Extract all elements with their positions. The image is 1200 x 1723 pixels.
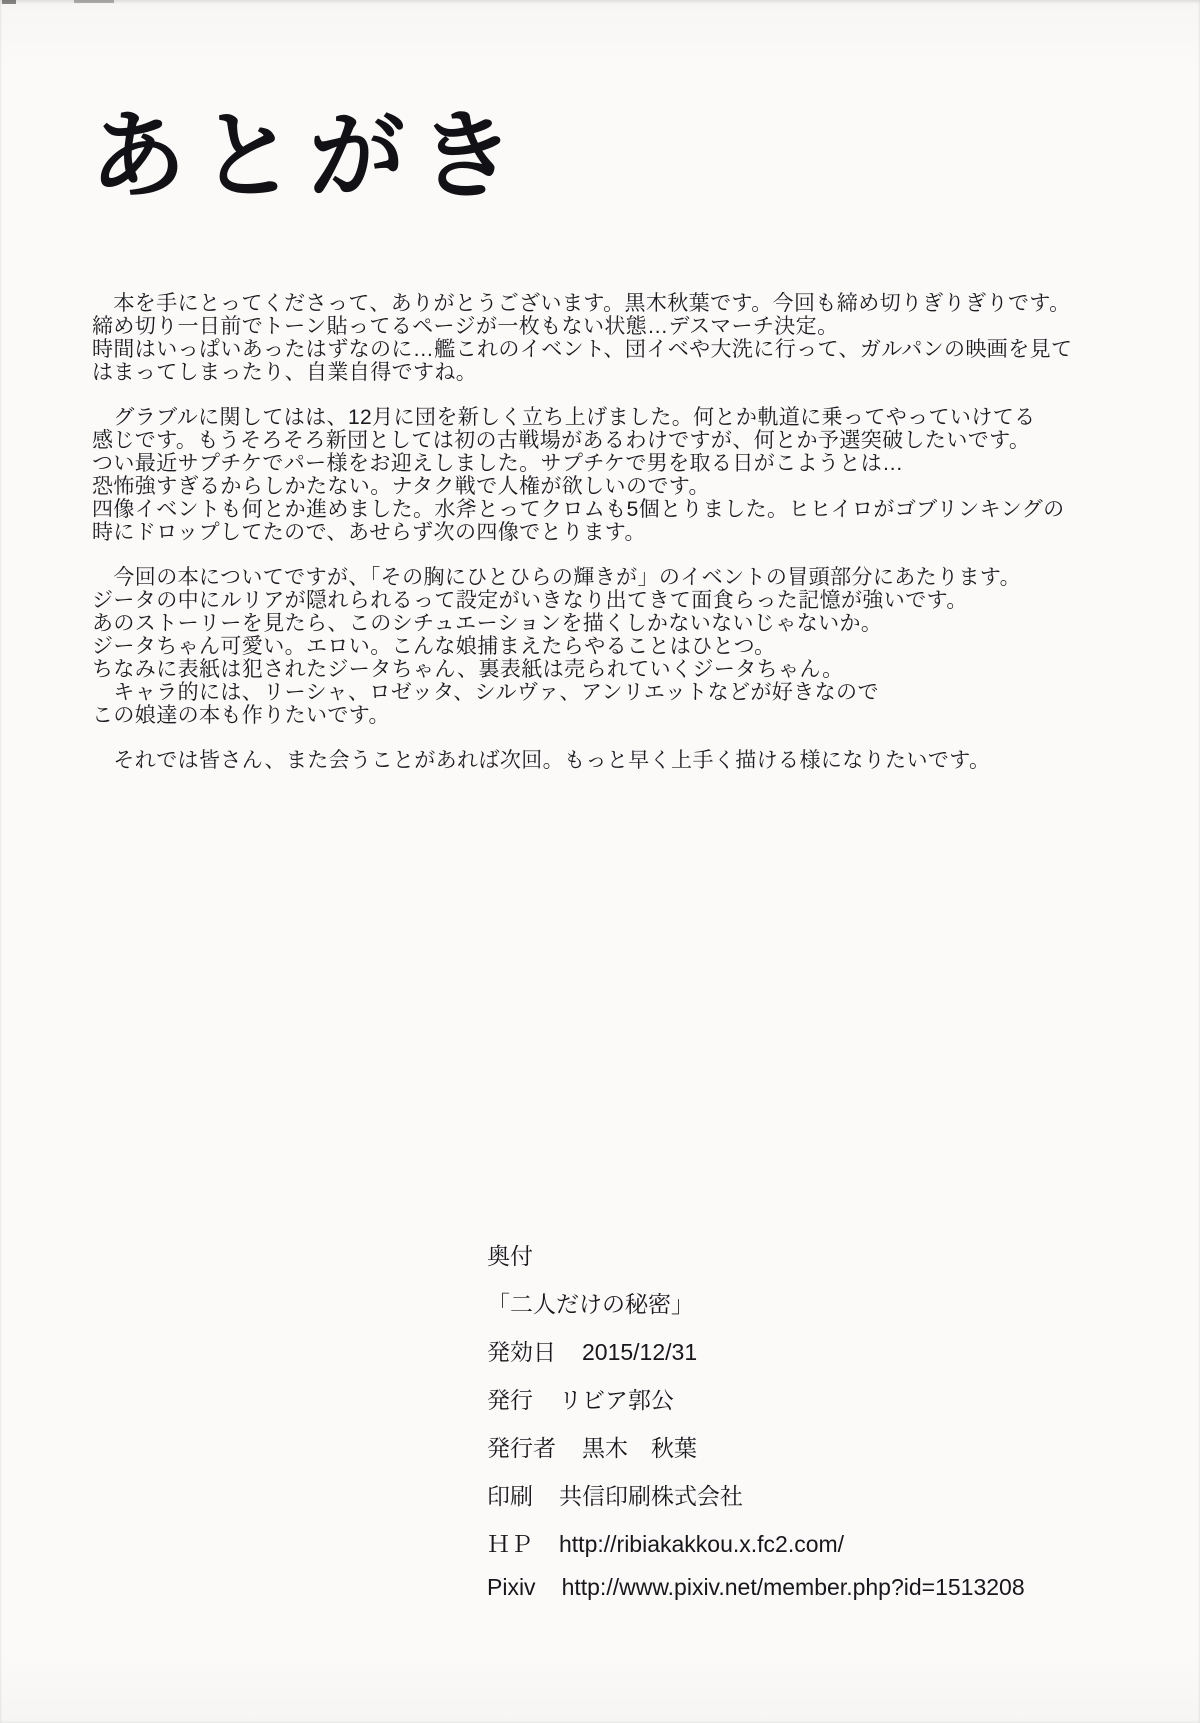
scan-speck [2,0,16,4]
colophon-issue-date-row: 発効日 2015/12/31 [487,1334,1025,1382]
homepage-url: http://ribiakakkou.x.fc2.com/ [559,1531,844,1558]
afterword-page: あとがき 本を手にとってくださって、ありがとうございます。黒木秋葉です。今回も締… [0,0,1200,1723]
text-line: 感じです。もうそろそろ新団としては初の古戦場があるわけですが、何とか予選突破した… [92,429,1132,452]
colophon-publisher-row: 発行 リビア郭公 [487,1382,1025,1430]
author-label: 発行者 [487,1430,556,1463]
book-title-label: 「二人だけの秘密」 [487,1286,694,1319]
text-line: 今回の本についてですが、「その胸にひとひらの輝きが」のイベントの冒頭部分にあたり… [92,566,1132,589]
text-line: 時にドロップしてたので、あせらず次の四像でとります。 [92,521,1132,544]
printer-value: 共信印刷株式会社 [559,1478,743,1511]
paragraph-closing: それでは皆さん、また会うことがあれば次回。もっと早く上手く描ける様になりたいです… [92,749,1132,772]
author-value: 黒木 秋葉 [582,1430,697,1463]
text-line: はまってしまったり、自業自得ですね。 [92,361,1132,384]
colophon-homepage-row: ＨＰ http://ribiakakkou.x.fc2.com/ [487,1526,1025,1574]
pixiv-label: Pixiv [487,1574,536,1601]
text-line: 四像イベントも何とか進めました。水斧とってクロムも5個とりました。ヒヒイロがゴブ… [92,498,1132,521]
publisher-label: 発行 [487,1382,533,1415]
text-line: ちなみに表紙は犯されたジータちゃん、裏表紙は売られていくジータちゃん。 [92,658,1132,681]
text-line: ジータちゃん可愛い。エロい。こんな娘捕まえたらやることはひとつ。 [92,635,1132,658]
text-line: キャラ的には、リーシャ、ロゼッタ、シルヴァ、アンリエットなどが好きなので [92,681,1132,704]
colophon-pixiv-row: Pixiv http://www.pixiv.net/member.php?id… [487,1574,1025,1622]
paragraph-greeting: 本を手にとってくださって、ありがとうございます。黒木秋葉です。今回も締め切りぎり… [92,292,1132,384]
text-line: つい最近サプチケでパー様をお迎えしました。サプチケで男を取る日がこようとは… [92,452,1132,475]
colophon-book-title: 「二人だけの秘密」 [487,1286,1025,1334]
paragraph-about-book: 今回の本についてですが、「その胸にひとひらの輝きが」のイベントの冒頭部分にあたり… [92,566,1132,727]
text-line: 締め切り一日前でトーン貼ってるページが一枚もない状態…デスマーチ決定。 [92,315,1132,338]
text-line: この娘達の本も作りたいです。 [92,704,1132,727]
afterword-body: 本を手にとってくださって、ありがとうございます。黒木秋葉です。今回も締め切りぎり… [92,292,1132,794]
text-line: 本を手にとってくださって、ありがとうございます。黒木秋葉です。今回も締め切りぎり… [92,292,1132,315]
colophon-heading: 奥付 [487,1238,1025,1286]
text-line: あのストーリーを見たら、このシチュエーションを描くしかないないじゃないか。 [92,612,1132,635]
scan-speck [74,0,114,3]
homepage-label: ＨＰ [487,1526,533,1559]
text-line: 恐怖強すぎるからしかたない。ナタク戦で人権が欲しいのです。 [92,475,1132,498]
text-line: 時間はいっぱいあったはずなのに…艦これのイベント、団イベや大洗に行って、ガルパン… [92,338,1132,361]
text-line: ジータの中にルリアが隠れられるって設定がいきなり出てきて面食らった記憶が強いです… [92,589,1132,612]
pixiv-url: http://www.pixiv.net/member.php?id=15132… [562,1574,1025,1601]
issue-date-value: 2015/12/31 [582,1339,697,1366]
text-line: それでは皆さん、また会うことがあれば次回。もっと早く上手く描ける様になりたいです… [92,749,1132,772]
colophon: 奥付 「二人だけの秘密」 発効日 2015/12/31 発行 リビア郭公 発行者… [487,1238,1025,1622]
page-title: あとがき [90,98,528,213]
colophon-heading-label: 奥付 [487,1238,533,1271]
colophon-printer-row: 印刷 共信印刷株式会社 [487,1478,1025,1526]
colophon-author-row: 発行者 黒木 秋葉 [487,1430,1025,1478]
issue-date-label: 発効日 [487,1334,556,1367]
publisher-value: リビア郭公 [559,1382,674,1415]
printer-label: 印刷 [487,1478,533,1511]
paragraph-granblue: グラブルに関してはは、12月に団を新しく立ち上げました。何とか軌道に乗ってやって… [92,406,1132,544]
text-line: グラブルに関してはは、12月に団を新しく立ち上げました。何とか軌道に乗ってやって… [92,406,1132,429]
